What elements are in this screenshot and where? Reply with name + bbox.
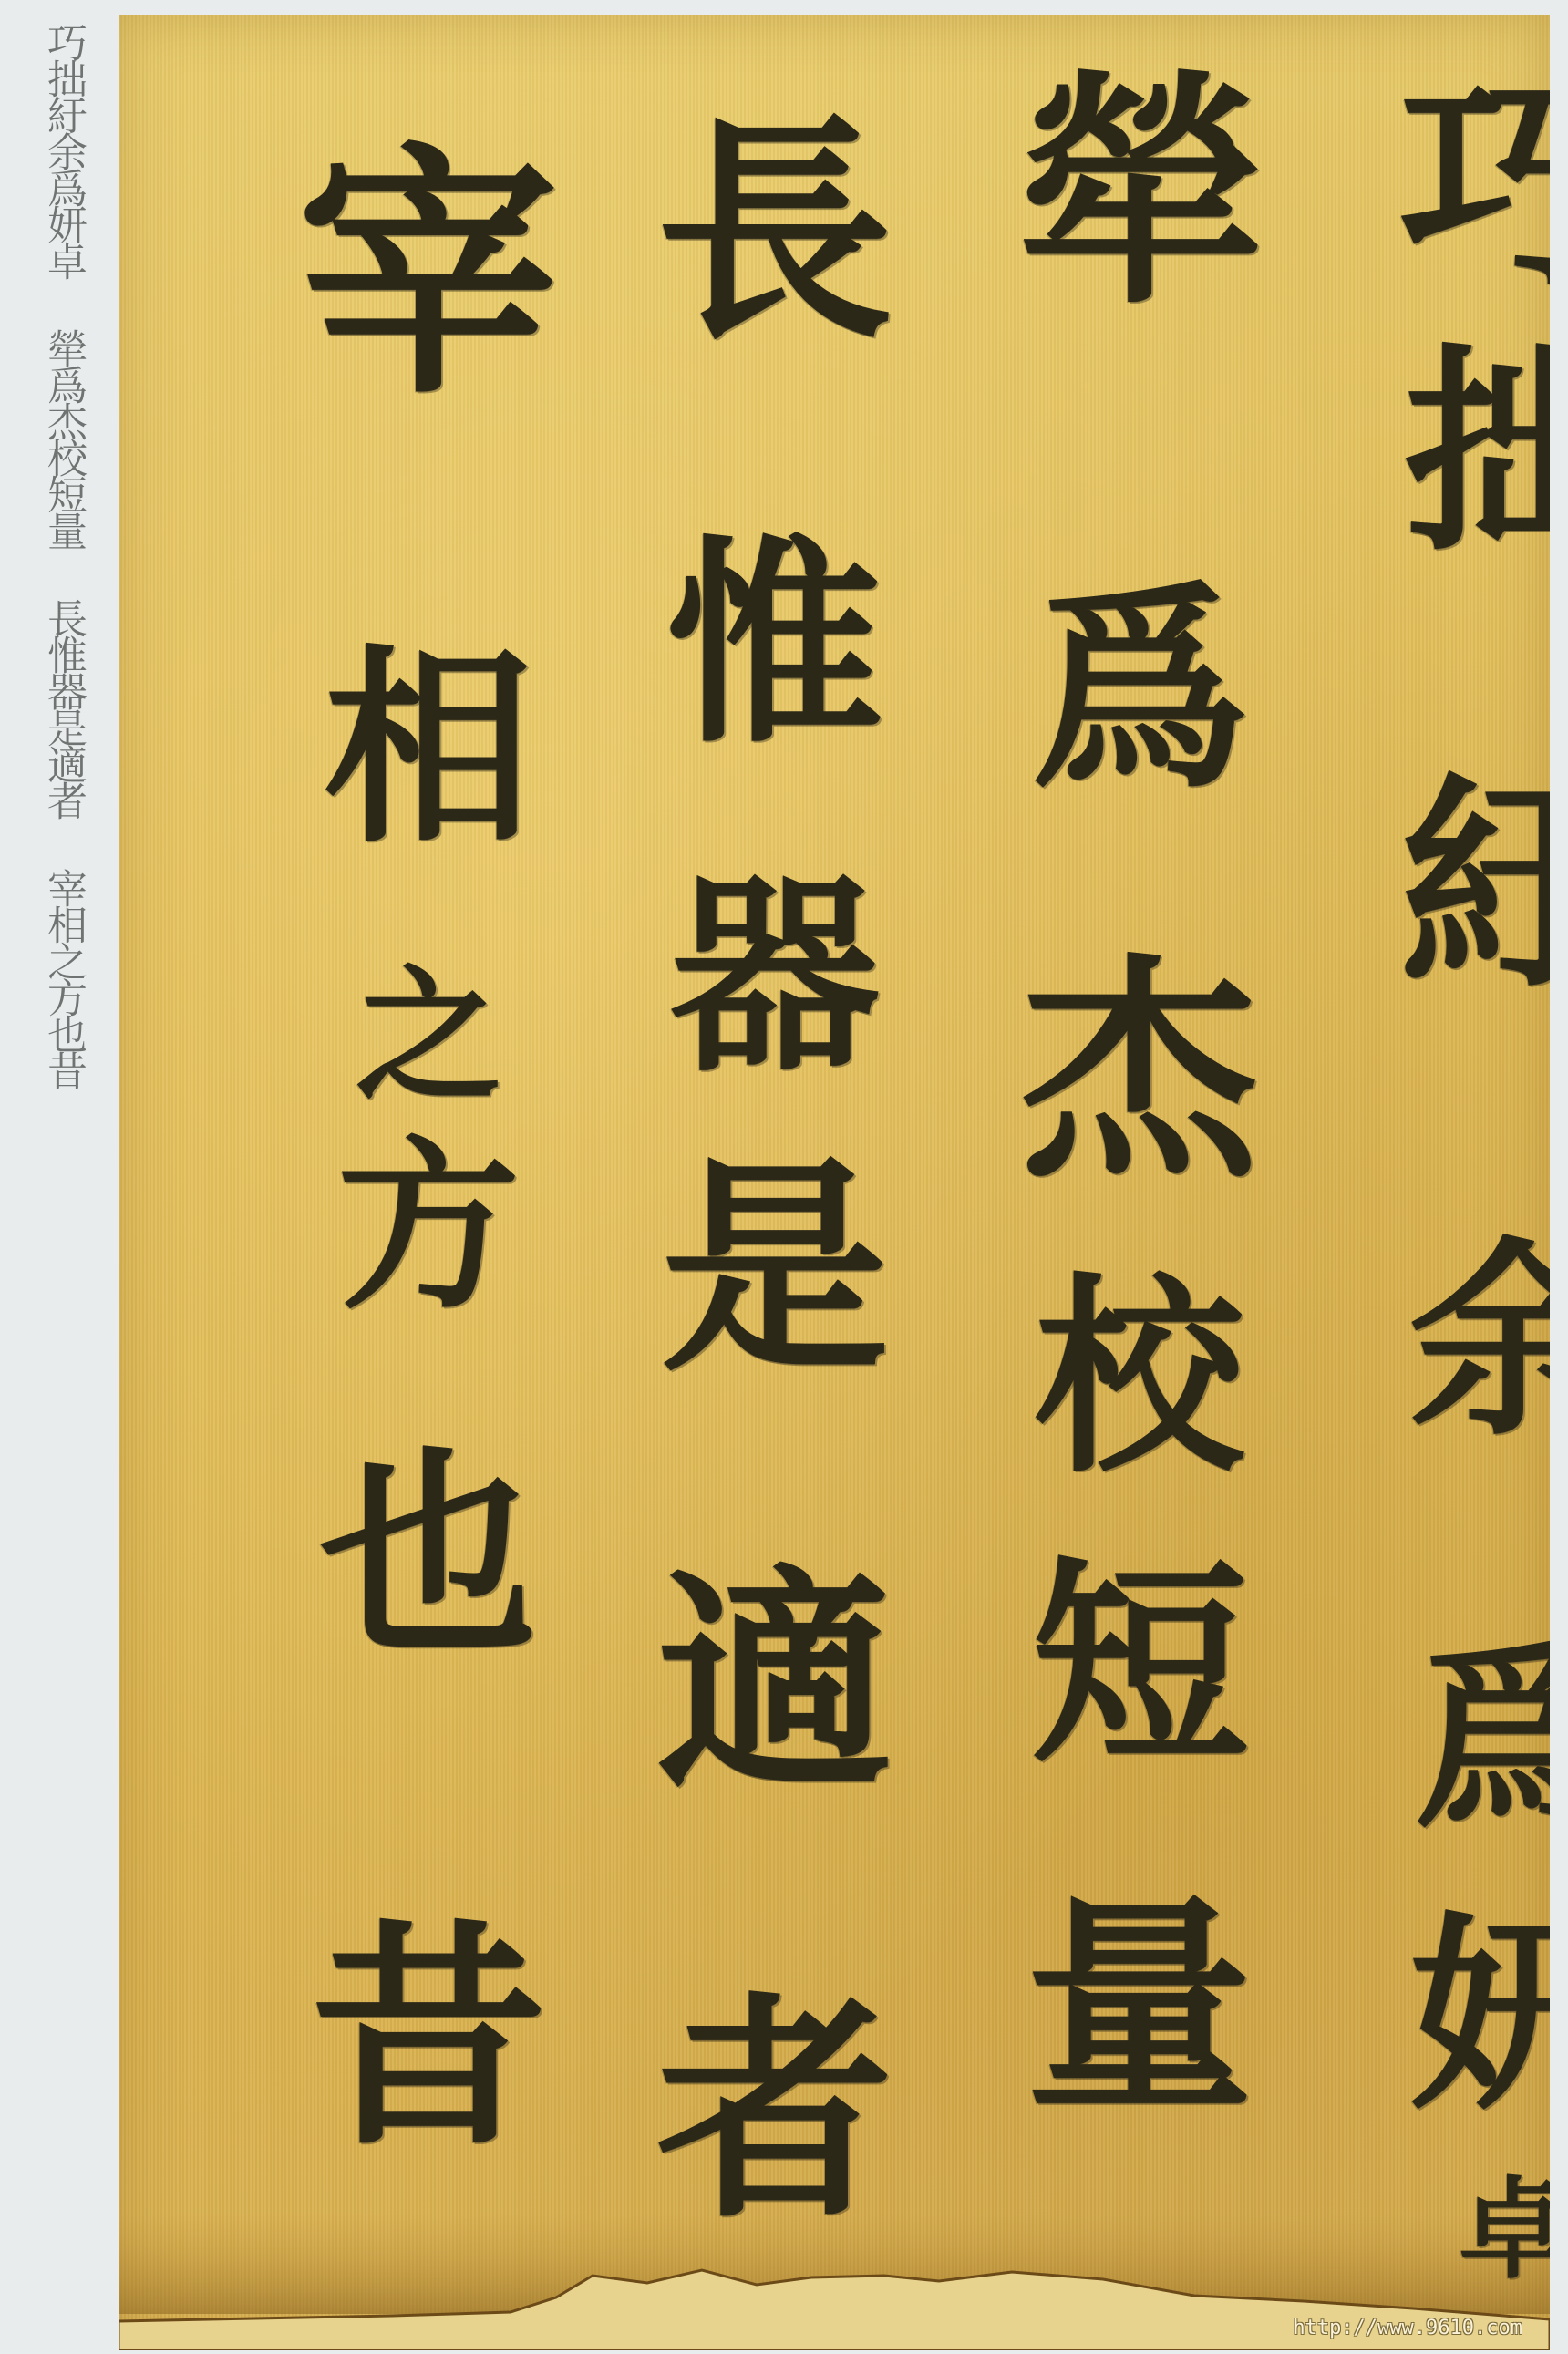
calligraphy-char: 長 (656, 115, 893, 352)
calligraphy-char: 爲 (1030, 580, 1249, 799)
transcription-line-3: 長惟器是適者 (43, 598, 83, 817)
calligraphy-char: 短 (1030, 1555, 1249, 1774)
calligraphy-char: 量 (1026, 1893, 1253, 2121)
site-watermark: http://www.9610.com (1293, 2317, 1522, 2339)
calligraphy-column-3: 長 惟 器 是 適 者 (629, 15, 921, 2350)
transcription-line-2: 犖爲杰校短量 (43, 328, 83, 547)
calligraphy-char: 拙 (1404, 343, 1550, 562)
transcription-line-4: 宰相之方也昔 (43, 868, 83, 1087)
transcription-annotation: 巧拙紆余爲妍卓 犖爲杰校短量 長惟器是適者 宰相之方也昔 (22, 22, 104, 1244)
calligraphy-char: 是 (661, 1154, 889, 1382)
calligraphy-char: 卓 (1459, 2175, 1550, 2285)
transcription-line-1: 巧拙紆余爲妍卓 (43, 22, 83, 277)
calligraphy-column-1: 巧 拙 紆 余 爲 妍 卓 (1377, 15, 1550, 2350)
calligraphy-char: 校 (1035, 1273, 1244, 1482)
calligraphy-column-4: 宰 相 之 方 也 昔 (273, 15, 583, 2350)
calligraphy-char: 杰 (1021, 954, 1258, 1191)
calligraphy-char: 也 (319, 1446, 538, 1665)
calligraphy-char: 爲 (1413, 1637, 1550, 1838)
calligraphy-char: 器 (670, 872, 880, 1081)
calligraphy-char: 犖 (1016, 69, 1263, 315)
calligraphy-char: 宰 (296, 142, 561, 407)
calligraphy-char: 昔 (310, 1920, 547, 2157)
calligraphy-char: 妍 (1408, 1911, 1550, 2121)
calligraphy-char: 余 (1408, 1236, 1550, 1446)
calligraphy-char: 適 (656, 1564, 893, 1802)
calligraphy-char: 方 (337, 1136, 520, 1318)
calligraphy-char: 者 (656, 1993, 893, 2230)
calligraphy-char: 之 (356, 963, 501, 1109)
calligraphy-column-2: 犖 爲 杰 校 短 量 (994, 15, 1285, 2350)
calligraphy-char: 相 (324, 644, 533, 853)
calligraphy-scroll: 巧 拙 紆 余 爲 妍 卓 犖 爲 杰 校 短 量 長 惟 器 是 適 者 宰 … (119, 15, 1550, 2350)
calligraphy-char: 惟 (665, 534, 884, 753)
calligraphy-char: 紆 (1399, 771, 1550, 999)
calligraphy-char: 巧 (1399, 69, 1550, 297)
